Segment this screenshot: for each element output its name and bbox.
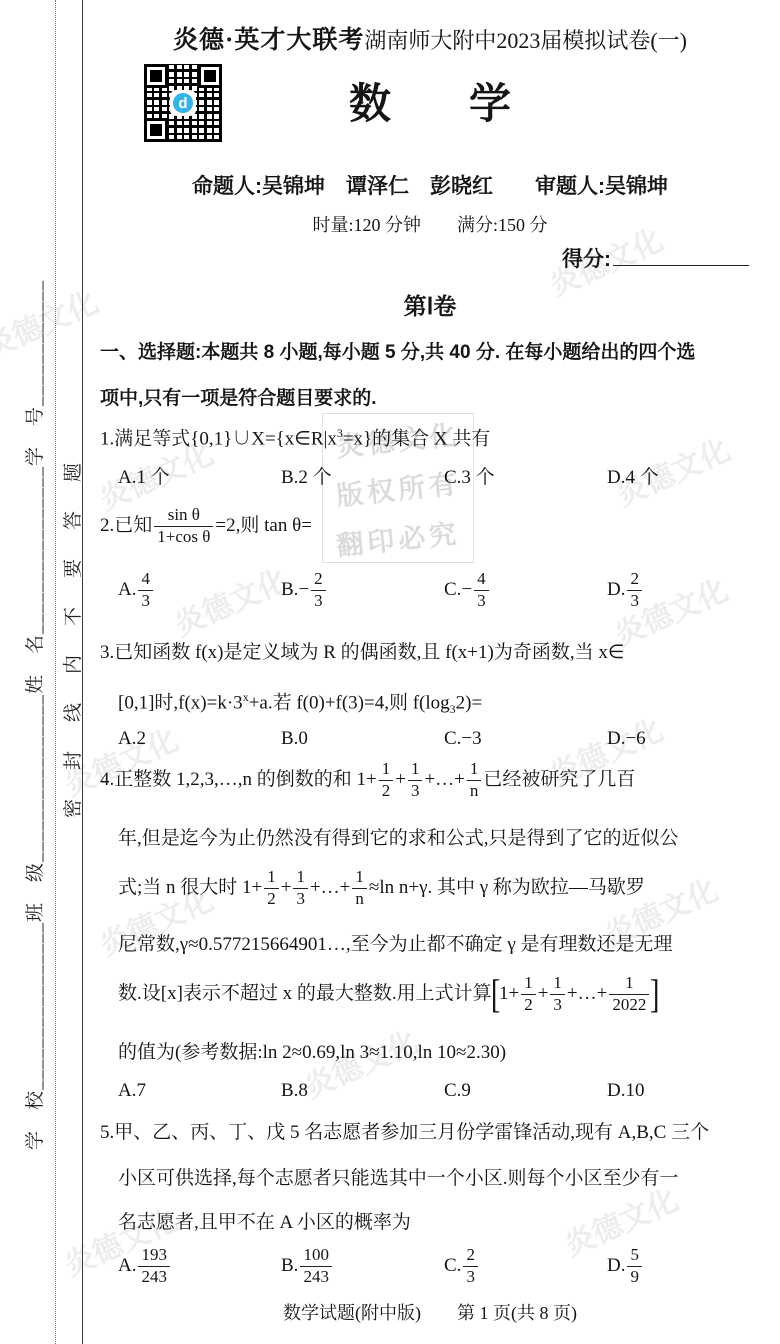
score-label: 得分: [562, 248, 611, 271]
q4-line1: 4.正整数 1,2,3,…,n 的倒数的和 1+ 12 + 13 +…+ 1n … [100, 752, 635, 808]
right-bracket: ] [650, 974, 660, 1014]
q2-option-b: B.−23 [281, 569, 444, 610]
left-bracket: [ [491, 974, 501, 1014]
q2-text: 2.已知 [100, 513, 152, 539]
q5-line2: 小区可供选择,每个志愿者只能选其中一个小区.则每个小区至少有一 [118, 1166, 679, 1192]
exam-title-rest: 湖南师大附中2023届模拟试卷(一) [364, 28, 687, 53]
q4-fraction: 12 [379, 759, 394, 800]
q4-fraction: 12 [264, 867, 279, 908]
seal-instruction-text: 密封线内不要答题 [58, 398, 85, 818]
q4-line2: 年,但是迄今为止仍然没有得到它的求和公式,只是得到了它的近似公 [118, 826, 679, 852]
setters-line: 命题人:吴锦坤 谭泽仁 彭晓红 审题人:吴锦坤 [100, 174, 760, 200]
subject-char: 学 [469, 82, 511, 128]
q5-options: A.193243 B.100243 C.23 D.59 [118, 1238, 644, 1294]
subject-char: 数 [349, 82, 391, 128]
q2-option-c: C.−43 [444, 569, 607, 610]
q5-option-a: A.193243 [118, 1245, 281, 1286]
duration-line: 时量:120 分钟 满分:150 分 [100, 212, 760, 238]
q4-option-c: C.9 [444, 1080, 607, 1102]
q5-option-c: C.23 [444, 1245, 607, 1286]
q2-fraction: sin θ1+cos θ [154, 505, 213, 546]
q4-fraction: 1n [467, 759, 482, 800]
q1-options: A.1 个 B.2 个 C.3 个 D.4 个 [118, 462, 659, 489]
exam-title: 炎德·英才大联考湖南师大附中2023届模拟试卷(一) [100, 28, 760, 56]
q5-line1: 5.甲、乙、丙、丁、戊 5 名志愿者参加三月份学雷锋活动,现有 A,B,C 三个 [100, 1120, 709, 1146]
q4-option-d: D.10 [607, 1080, 644, 1102]
q4-option-b: B.8 [281, 1080, 444, 1102]
q1-stem: 1.满足等式{0,1}∪X={x∈R|x3=x}的集合 X 共有 [100, 420, 490, 452]
q4-line3: 式;当 n 很大时 1+ 12 + 13 +…+ 1n ≈ln n+γ. 其中 … [118, 860, 645, 916]
section-intro-line1: 一、选择题:本题共 8 小题,每小题 5 分,共 40 分. 在每小题给出的四个… [100, 340, 695, 366]
q1-option-b: B.2 个 [281, 462, 444, 489]
q4-fraction: 13 [408, 759, 423, 800]
exam-title-brand: 炎德·英才大联考 [173, 27, 364, 54]
q3-line1: 3.已知函数 f(x)是定义域为 R 的偶函数,且 f(x+1)为奇函数,当 x… [100, 640, 624, 666]
seal-dotted-line [55, 0, 56, 1344]
q1-option-c: C.3 个 [444, 462, 607, 489]
student-info-fields: 学 校________________班 级________________姓 … [20, 150, 47, 1150]
score-blank [613, 246, 749, 266]
q5-option-d: D.59 [607, 1245, 644, 1286]
q4-fraction: 13 [293, 867, 308, 908]
q2-options: A.43 B.−23 C.−43 D.23 [118, 562, 644, 618]
q1-option-d: D.4 个 [607, 462, 659, 489]
q1-text: 1.满足等式{0,1}∪X={x∈R|x [100, 428, 337, 449]
q5-line3: 名志愿者,且甲不在 A 小区的概率为 [118, 1210, 411, 1236]
q4-fraction: 1n [352, 867, 367, 908]
q2-option-d: D.23 [607, 569, 644, 610]
q4-fraction: 12 [521, 973, 536, 1014]
q4-fraction: 12022 [609, 973, 649, 1014]
watermark-box-line: 翻印必究 [334, 511, 461, 563]
q1-option-a: A.1 个 [118, 462, 281, 489]
q3-option-c: C.−3 [444, 728, 607, 750]
page-footer: 数学试题(附中版) 第 1 页(共 8 页) [100, 1300, 760, 1326]
q5-option-b: B.100243 [281, 1245, 444, 1286]
score-field: 得分: [562, 246, 749, 274]
q3-line2: [0,1]时,f(x)=k·3x+a.若 f(0)+f(3)=4,则 f(log… [118, 684, 482, 722]
q4-line4: 尼常数,γ≈0.577215664901…,至今为止都不确定 γ 是有理数还是无… [118, 932, 672, 958]
exam-page: 炎德文化 炎德文化 炎德文化 炎德文化 炎德文化 炎德文化 炎德文化 炎德文化 … [0, 0, 780, 1344]
q3-option-b: B.0 [281, 728, 444, 750]
q4-options: A.7 B.8 C.9 D.10 [118, 1080, 644, 1102]
subject-title: 数学 [100, 82, 760, 128]
q1-text: =x}的集合 X 共有 [343, 428, 491, 449]
q2-option-a: A.43 [118, 569, 281, 610]
q3-option-a: A.2 [118, 728, 281, 750]
q2-text: =2,则 tan θ= [215, 513, 312, 539]
section-title: 第Ⅰ卷 [100, 293, 760, 319]
section-intro-line2: 项中,只有一项是符合题目要求的. [100, 386, 377, 412]
watermark: 炎德文化 [0, 277, 104, 366]
q4-fraction: 13 [550, 973, 565, 1014]
q3-option-d: D.−6 [607, 728, 646, 750]
q4-line5: 数.设[x]表示不超过 x 的最大整数.用上式计算 [ 1+ 12 + 13 +… [118, 966, 659, 1022]
q3-options: A.2 B.0 C.−3 D.−6 [118, 728, 646, 750]
q4-line6: 的值为(参考数据:ln 2≈0.69,ln 3≈1.10,ln 10≈2.30) [118, 1040, 506, 1066]
q2-stem: 2.已知 sin θ1+cos θ =2,则 tan θ= [100, 498, 312, 554]
q4-option-a: A.7 [118, 1080, 281, 1102]
